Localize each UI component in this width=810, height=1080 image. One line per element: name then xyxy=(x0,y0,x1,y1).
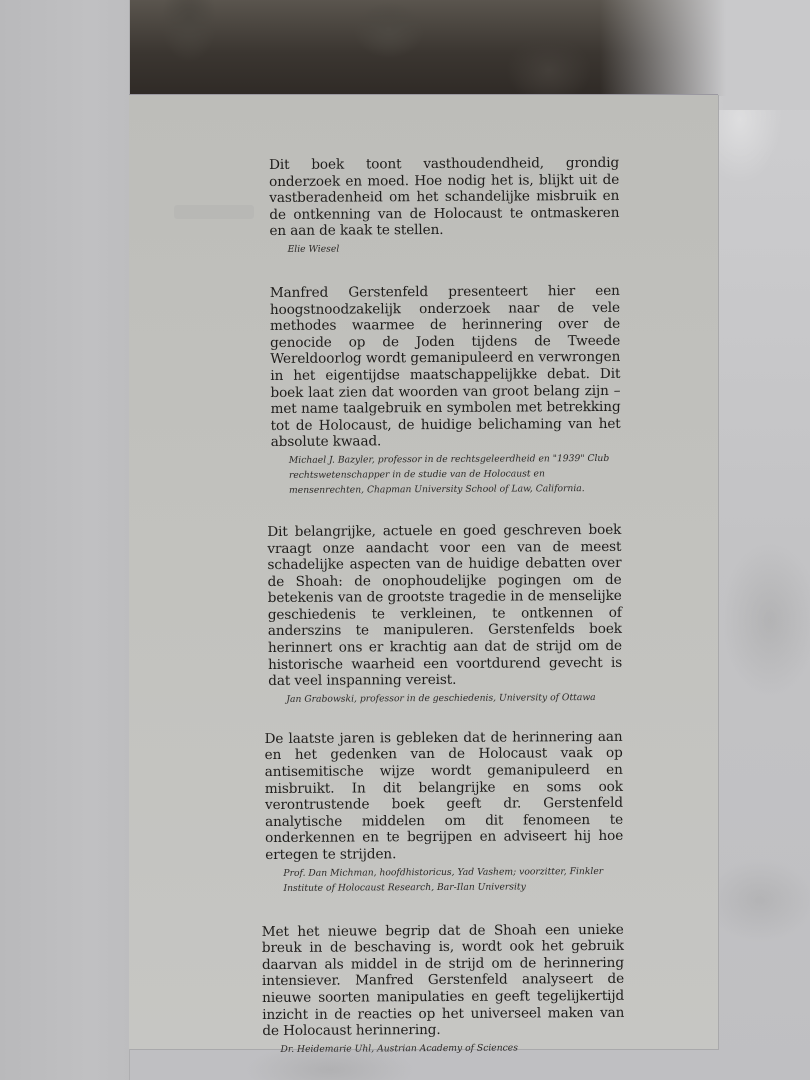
book-cover-flap xyxy=(0,0,130,1080)
quote-text: Manfred Gerstenfeld presenteert hier een… xyxy=(270,283,621,451)
quote-text: De laatste jaren is gebleken dat de heri… xyxy=(265,729,624,864)
quote-attribution: Elie Wiesel xyxy=(288,240,620,257)
quote-text: Met het nieuwe begrip dat de Shoah een u… xyxy=(262,921,625,1039)
endorsement-quote: De laatste jaren is gebleken dat de heri… xyxy=(265,729,624,896)
quote-attribution: Jan Grabowski, professor in de geschiede… xyxy=(286,690,622,707)
endorsement-quote: Met het nieuwe begrip dat de Shoah een u… xyxy=(262,921,625,1056)
quote-attribution: Prof. Dan Michman, hoofdhistoricus, Yad … xyxy=(283,863,623,895)
endorsement-quote: Dit belangrijke, actuele en goed geschre… xyxy=(267,522,622,707)
quote-text: Dit boek toont vasthoudendheid, grondig … xyxy=(269,155,620,240)
endorsement-quote: Manfred Gerstenfeld presenteert hier een… xyxy=(270,283,621,498)
blurb-text-column: Dit boek toont vasthoudendheid, grondig … xyxy=(269,155,624,1057)
reverse-side-show-through xyxy=(174,205,254,219)
quote-attribution: Michael J. Bazyler, professor in de rech… xyxy=(289,451,621,498)
quote-attribution: Dr. Heidemarie Uhl, Austrian Academy of … xyxy=(280,1040,624,1057)
book-page: Dit boek toont vasthoudendheid, grondig … xyxy=(129,94,718,1049)
quote-text: Dit belangrijke, actuele en goed geschre… xyxy=(267,522,622,690)
endorsement-quote: Dit boek toont vasthoudendheid, grondig … xyxy=(269,155,620,257)
